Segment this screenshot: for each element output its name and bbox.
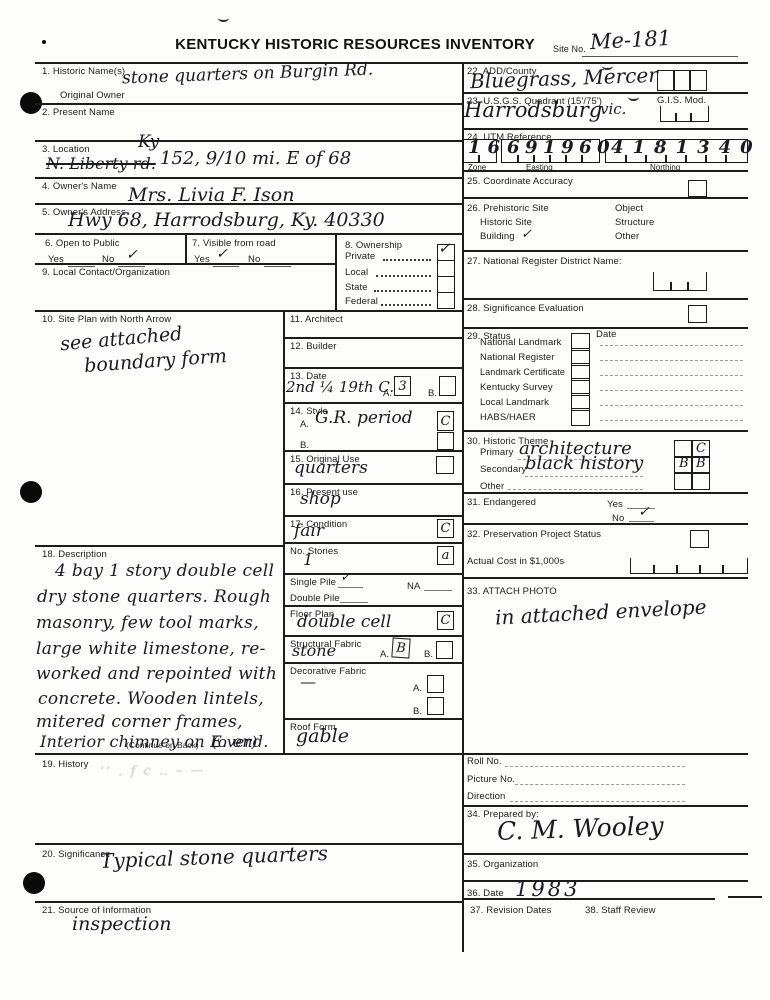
style-a-code: C xyxy=(441,414,451,429)
stories-label: No. Stories xyxy=(290,546,338,557)
endangered-no-label: No xyxy=(612,513,624,524)
significance-evaluation-label: 28. Significance Evaluation xyxy=(467,303,584,314)
line xyxy=(35,177,462,179)
nr-district-label: 27. National Register District Name: xyxy=(467,256,622,267)
revision-dates-label: 37. Revision Dates xyxy=(470,905,552,916)
utm-northing-value: 4181340 xyxy=(611,137,762,158)
page-title: KENTUCKY HISTORIC RESOURCES INVENTORY xyxy=(150,36,560,53)
owner-name-label: 4. Owner's Name xyxy=(42,181,117,192)
line xyxy=(283,367,462,369)
decorative-fabric-b-label: B. xyxy=(413,706,422,717)
theme-code-c: C xyxy=(696,441,706,456)
blank-line xyxy=(424,590,452,591)
preservation-status-label: 32. Preservation Project Status xyxy=(467,529,601,540)
date-b-box xyxy=(439,376,456,396)
original-use-value: quarters xyxy=(294,458,368,478)
theme-primary-label: Primary xyxy=(480,447,513,458)
line xyxy=(462,853,748,855)
description-line: concrete. Wooden lintels, xyxy=(38,689,264,709)
cell-tick xyxy=(722,565,724,573)
divider xyxy=(283,310,285,753)
site-no-line xyxy=(582,56,738,57)
divider xyxy=(335,233,337,310)
pen-mark xyxy=(628,93,639,101)
date-line xyxy=(600,375,743,377)
owner-name-value: Mrs. Livia F. Ison xyxy=(128,184,294,206)
line xyxy=(283,337,462,339)
cell-tick xyxy=(699,565,701,573)
history-faint-pencil: ’’ . f c ‥ – — xyxy=(100,763,206,780)
line xyxy=(462,128,748,130)
present-name-label: 2. Present Name xyxy=(42,107,115,118)
ink-dot xyxy=(42,40,46,44)
location-struck-value: N. Liberty rd. xyxy=(46,154,156,173)
line xyxy=(283,450,462,452)
line xyxy=(283,515,462,517)
coordinate-accuracy-box xyxy=(688,180,707,197)
blank-line xyxy=(213,266,239,267)
grid-divider xyxy=(691,441,693,489)
coordinate-accuracy-label: 25. Coordinate Accuracy xyxy=(467,176,573,187)
single-pile-label: Single Pile xyxy=(290,577,336,588)
local-contact-label: 9. Local Contact/Organization xyxy=(42,267,170,278)
description-line: 4 bay 1 story double cell xyxy=(55,561,274,581)
description-line: worked and repointed with xyxy=(36,664,277,684)
usgs-quadrant-vic: vic. xyxy=(600,100,626,118)
line xyxy=(35,233,462,235)
line xyxy=(283,402,462,404)
condition-box: C xyxy=(437,519,454,538)
description-label: 18. Description xyxy=(42,549,107,560)
ownership-local: Local xyxy=(345,267,368,278)
picture-no-label: Picture No. xyxy=(467,774,515,785)
no-checkmark: ✓ xyxy=(126,247,138,263)
ownership-federal: Federal xyxy=(345,296,378,307)
owner-address-value: Hwy 68, Harrodsburg, Ky. 40330 xyxy=(68,209,385,231)
blank-line xyxy=(505,766,685,768)
structure-label: Structure xyxy=(615,217,654,228)
actual-cost-label: Actual Cost in $1,000s xyxy=(467,556,564,567)
actual-cost-cells xyxy=(630,558,748,574)
utm-northing-label: Northing xyxy=(650,163,680,172)
endangered-yes-label: Yes xyxy=(607,499,623,510)
site-plan-label: 10. Site Plan with North Arrow xyxy=(42,314,171,325)
hole-punch xyxy=(20,481,42,503)
line xyxy=(462,880,748,882)
date-line xyxy=(600,405,743,407)
na-label: NA xyxy=(407,581,420,592)
theme-secondary-label: Secondary xyxy=(480,464,526,475)
date-a-label: A. xyxy=(383,388,392,399)
grid-divider xyxy=(675,472,709,474)
line xyxy=(35,901,462,903)
location-value: 152, 9/10 mi. E of 68 xyxy=(160,148,351,169)
building-checkmark: ✓ xyxy=(521,227,532,242)
line xyxy=(462,430,748,432)
blank-line xyxy=(338,587,363,588)
blank-line xyxy=(629,521,654,522)
no-label: No xyxy=(102,254,114,265)
theme-secondary-value: black history xyxy=(525,453,643,474)
attach-photo-label: 33. ATTACH PHOTO xyxy=(467,586,557,597)
cell-tick xyxy=(653,565,655,573)
dot-leader xyxy=(376,274,431,277)
ownership-private: Private xyxy=(345,251,375,262)
style-b-box xyxy=(437,432,454,450)
line xyxy=(283,605,462,607)
line xyxy=(462,250,748,252)
line xyxy=(462,197,748,199)
continue-on-back-label: (Continue on Back) xyxy=(126,740,199,750)
line xyxy=(728,896,762,898)
preservation-status-box xyxy=(690,530,709,548)
line xyxy=(35,310,462,312)
private-checkmark: ✓ xyxy=(438,239,451,257)
site-no-value: Me-181 xyxy=(589,26,671,54)
architect-label: 11. Architect xyxy=(290,314,343,325)
line xyxy=(462,492,748,494)
blank-line xyxy=(525,476,643,478)
source-of-information-value: inspection xyxy=(72,913,172,935)
stories-value: 1 xyxy=(303,550,313,569)
theme-code-b2: B xyxy=(696,456,706,471)
divider xyxy=(462,62,464,952)
utm-easting-label: Easting xyxy=(526,163,553,172)
cell-divider xyxy=(673,71,675,90)
structural-fabric-a-label: A. xyxy=(380,649,389,660)
significance-value: Typical stone quarters xyxy=(100,841,329,873)
line xyxy=(462,523,748,525)
nr-district-cells xyxy=(653,272,707,291)
structural-fabric-value: stone xyxy=(292,641,336,660)
line xyxy=(462,92,748,94)
line xyxy=(462,170,748,172)
blank-line xyxy=(508,489,643,491)
yes-label: Yes xyxy=(194,254,210,265)
attach-photo-value: in attached envelope xyxy=(495,594,708,629)
object-label: Object xyxy=(615,203,643,214)
style-a-box: C xyxy=(437,411,454,431)
style-a-value: G.R. period xyxy=(315,408,413,428)
date36-label: 36. Date xyxy=(467,888,504,899)
ownership-state-checkbox xyxy=(437,276,455,293)
theme-code-grid: C B B xyxy=(674,440,710,490)
description-line: mitered corner frames, xyxy=(36,712,243,732)
open-to-public-label: 6. Open to Public xyxy=(45,238,120,249)
organization-label: 35. Organization xyxy=(467,859,538,870)
other-label: Other xyxy=(615,231,639,242)
site-no-label: Site No. xyxy=(553,44,586,54)
cell-tick xyxy=(690,113,692,121)
history-label: 19. History xyxy=(42,759,89,770)
status-checkbox xyxy=(571,408,590,426)
cell-tick xyxy=(675,113,677,121)
hole-punch xyxy=(23,872,45,894)
description-line: masonry, few tool marks, xyxy=(36,613,259,633)
line xyxy=(35,753,748,755)
structural-fabric-b-box xyxy=(436,641,453,659)
line xyxy=(283,635,462,637)
structural-fabric-a-box: B xyxy=(391,637,410,658)
date-a-code: 3 xyxy=(398,379,406,394)
line xyxy=(283,662,462,664)
pen-mark xyxy=(218,14,229,22)
decorative-fabric-value: — xyxy=(300,672,316,691)
prehistoric-site-label: 26. Prehistoric Site xyxy=(467,203,549,214)
cell-tick xyxy=(687,282,689,290)
direction-label: Direction xyxy=(467,791,505,802)
status-item: HABS/HAER xyxy=(480,412,536,423)
building-label: Building xyxy=(480,231,515,242)
gis-mod-label: G.I.S. Mod. xyxy=(657,95,706,106)
style-b-label: B. xyxy=(300,440,309,451)
roll-no-label: Roll No. xyxy=(467,756,502,767)
roof-form-value: gable xyxy=(296,725,349,747)
line xyxy=(283,483,462,485)
dot-leader xyxy=(383,258,431,261)
status-item: Kentucky Survey xyxy=(480,382,553,393)
decorative-fabric-b-box xyxy=(427,697,444,715)
date-line xyxy=(600,390,743,392)
decorative-fabric-a-box xyxy=(427,675,444,693)
structural-fabric-b-label: B. xyxy=(424,649,433,660)
yes-checkmark: ✓ xyxy=(216,246,228,262)
status-item: National Landmark xyxy=(480,337,561,348)
gis-mod-cells xyxy=(660,106,709,122)
date-line xyxy=(600,420,743,422)
stories-box: a xyxy=(437,546,454,565)
line xyxy=(462,805,748,807)
description-line: dry stone quarters. Rough xyxy=(37,587,271,607)
present-use-value: shop xyxy=(300,489,341,509)
date-a-box: 3 xyxy=(394,376,411,396)
historic-name-label: 1. Historic Name(s) xyxy=(42,66,125,77)
add-county-value: Bluegrass, Mercer xyxy=(470,63,659,94)
floor-plan-box: C xyxy=(437,611,454,630)
significance-evaluation-box xyxy=(688,305,707,323)
line xyxy=(283,573,462,575)
no-label: No xyxy=(248,254,260,265)
utm-easting-value: 691960 xyxy=(507,137,615,158)
scanned-form-page: KENTUCKY HISTORIC RESOURCES INVENTORY Si… xyxy=(0,0,770,1000)
original-owner-label: Original Owner xyxy=(60,90,125,101)
ownership-state: State xyxy=(345,282,368,293)
location-insert-value: Ky xyxy=(138,132,159,152)
status-item: Local Landmark xyxy=(480,397,549,408)
builder-label: 12. Builder xyxy=(290,341,337,352)
decorative-fabric-a-label: A. xyxy=(413,683,422,694)
date-line xyxy=(600,345,743,347)
line xyxy=(462,577,748,579)
floor-plan-value: double cell xyxy=(297,612,391,632)
yes-label: Yes xyxy=(48,254,64,265)
condition-value: fair xyxy=(294,521,324,541)
utm-zone-label: Zone xyxy=(468,163,486,172)
status-date-label: Date xyxy=(596,329,616,340)
ownership-federal-checkbox xyxy=(437,292,455,309)
visible-from-road-label: 7. Visible from road xyxy=(192,238,276,249)
stories-code: a xyxy=(442,548,450,563)
ownership-label: 8. Ownership xyxy=(345,240,402,251)
theme-code-b1: B xyxy=(679,456,689,471)
double-pile-label: Double Pile xyxy=(290,593,340,604)
theme-other-label: Other xyxy=(480,481,504,492)
staff-review-label: 38. Staff Review xyxy=(585,905,656,916)
dot-leader xyxy=(374,289,431,292)
original-use-box xyxy=(436,456,454,474)
single-pile-checkmark: ✓ xyxy=(340,570,351,585)
blank-line xyxy=(510,801,685,803)
ownership-local-checkbox xyxy=(437,260,455,277)
floor-plan-code: C xyxy=(441,613,451,628)
cell-tick xyxy=(676,565,678,573)
usgs-quadrant-value: Harrodsburg xyxy=(464,98,602,122)
status-item: Landmark Certificate xyxy=(480,367,565,377)
condition-code: C xyxy=(441,521,451,536)
line xyxy=(462,298,748,300)
date36-value: 1983 xyxy=(515,877,580,901)
cell-tick xyxy=(670,282,672,290)
divider xyxy=(185,233,187,263)
dot-leader xyxy=(381,303,431,306)
endangered-label: 31. Endangered xyxy=(467,497,536,508)
line xyxy=(283,542,462,544)
add-county-cells xyxy=(657,70,707,91)
date-line xyxy=(600,360,743,362)
cell-divider xyxy=(689,71,691,90)
description-line: large white limestone, re- xyxy=(36,639,266,659)
line xyxy=(35,140,462,142)
over-note: (over) xyxy=(212,733,257,751)
line xyxy=(283,718,462,720)
structural-fabric-a-code: B xyxy=(396,640,407,656)
blank-line xyxy=(340,602,368,603)
endangered-no-checkmark: ✓ xyxy=(638,504,650,520)
line xyxy=(35,263,335,265)
blank-line xyxy=(515,784,685,786)
line xyxy=(35,103,462,105)
prepared-by-signature: C. M. Wooley xyxy=(497,811,665,846)
line xyxy=(35,545,283,547)
date-value: 2nd ¼ 19th C. xyxy=(286,378,394,396)
blank-line xyxy=(264,266,291,267)
date-b-label: B. xyxy=(428,388,437,399)
style-a-label: A. xyxy=(300,419,309,430)
status-item: National Register xyxy=(480,352,555,363)
